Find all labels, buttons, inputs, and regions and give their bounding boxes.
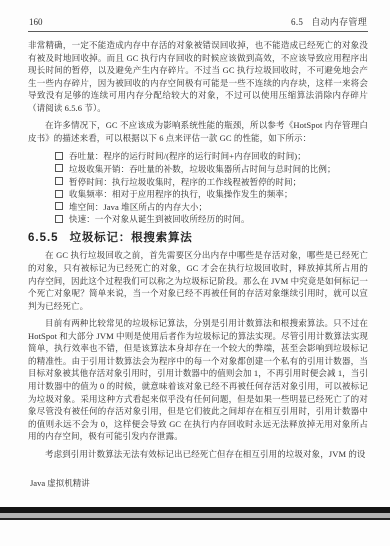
list-item: 垃圾收集开销：吞吐量的补数，垃圾收集器所占时间与总时间的比例； (55, 163, 368, 176)
section-heading-title: 垃圾标记：根搜索算法 (70, 232, 193, 244)
paragraph-transition: 考虑到引用计数算法无法有效标记出已经死亡但存在相互引用的垃圾对象，JVM 的设 (28, 448, 368, 461)
list-item-text: 暂停时间：执行垃圾收集时，程序的工作线程被暂停的时间； (69, 177, 301, 187)
paragraph-mark-phase: 在 GC 执行垃圾回收之前，首先需要区分出内存中哪些是存活对象，哪些是已经死亡的… (28, 249, 368, 312)
gc-criteria-list: 吞吐量：程序的运行时间/(程序的运行时间+内存回收的时间)； 垃圾收集开销：吞吐… (28, 150, 368, 226)
paragraph-reference-counting: 目前有两种比较常见的垃圾标记算法，分别是引用计数算法和根搜索算法。只不过在 Ho… (28, 317, 368, 442)
running-head-section-title: 自动内存管理 (311, 17, 367, 27)
list-item-text: 收集频率：相对于应用程序的执行，收集操作发生的频率； (69, 189, 293, 199)
list-item: 暂停时间：执行垃圾收集时，程序的工作线程被暂停的时间； (55, 176, 368, 189)
checkbox-icon (55, 215, 63, 223)
list-item-text: 快速：一个对象从诞生到被回收所经历的时间。 (69, 214, 250, 224)
paragraph-gc-performance-intro: 在许多情况下，GC 不应该成为影响系统性能的瓶颈，所以参考《HotSpot 内存… (28, 119, 368, 144)
running-head: 6.5自动内存管理 (291, 17, 367, 28)
page-bottom-edge-line (0, 518, 390, 520)
list-item: 吞吐量：程序的运行时间/(程序的运行时间+内存回收的时间)； (55, 150, 368, 163)
page-number: 160 (29, 17, 43, 28)
paragraph-continuation: 非常精确，一定不能造成内存中存活的对象被错误回收掉，也不能造成已经死亡的对象没有… (28, 39, 368, 114)
list-item-text: 堆空间：Java 堆区所占的内存大小； (69, 202, 207, 212)
page-header: 160 6.5自动内存管理 (0, 0, 390, 28)
checkbox-icon (55, 190, 63, 198)
list-item: 收集频率：相对于应用程序的执行，收集操作发生的频率； (55, 188, 368, 201)
page-footer: Java 虚拟机精讲 (30, 477, 90, 489)
list-item: 堆空间：Java 堆区所占的内存大小； (55, 201, 368, 214)
list-item: 快速：一个对象从诞生到被回收所经历的时间。 (55, 213, 368, 226)
list-item-text: 垃圾收集开销：吞吐量的补数，垃圾收集器所占时间与总时间的比例； (69, 164, 336, 174)
section-heading: 6.5.5垃圾标记：根搜索算法 (28, 232, 368, 245)
section-heading-number: 6.5.5 (28, 232, 59, 244)
checkbox-icon (55, 202, 63, 210)
checkbox-icon (55, 177, 63, 185)
page-body: 非常精确，一定不能造成内存中存活的对象被错误回收掉，也不能造成已经死亡的对象没有… (0, 32, 390, 460)
list-item-text: 吞吐量：程序的运行时间/(程序的运行时间+内存回收的时间)； (69, 151, 306, 161)
checkbox-icon (55, 152, 63, 160)
checkbox-icon (55, 164, 63, 172)
running-head-section-number: 6.5 (291, 17, 303, 27)
